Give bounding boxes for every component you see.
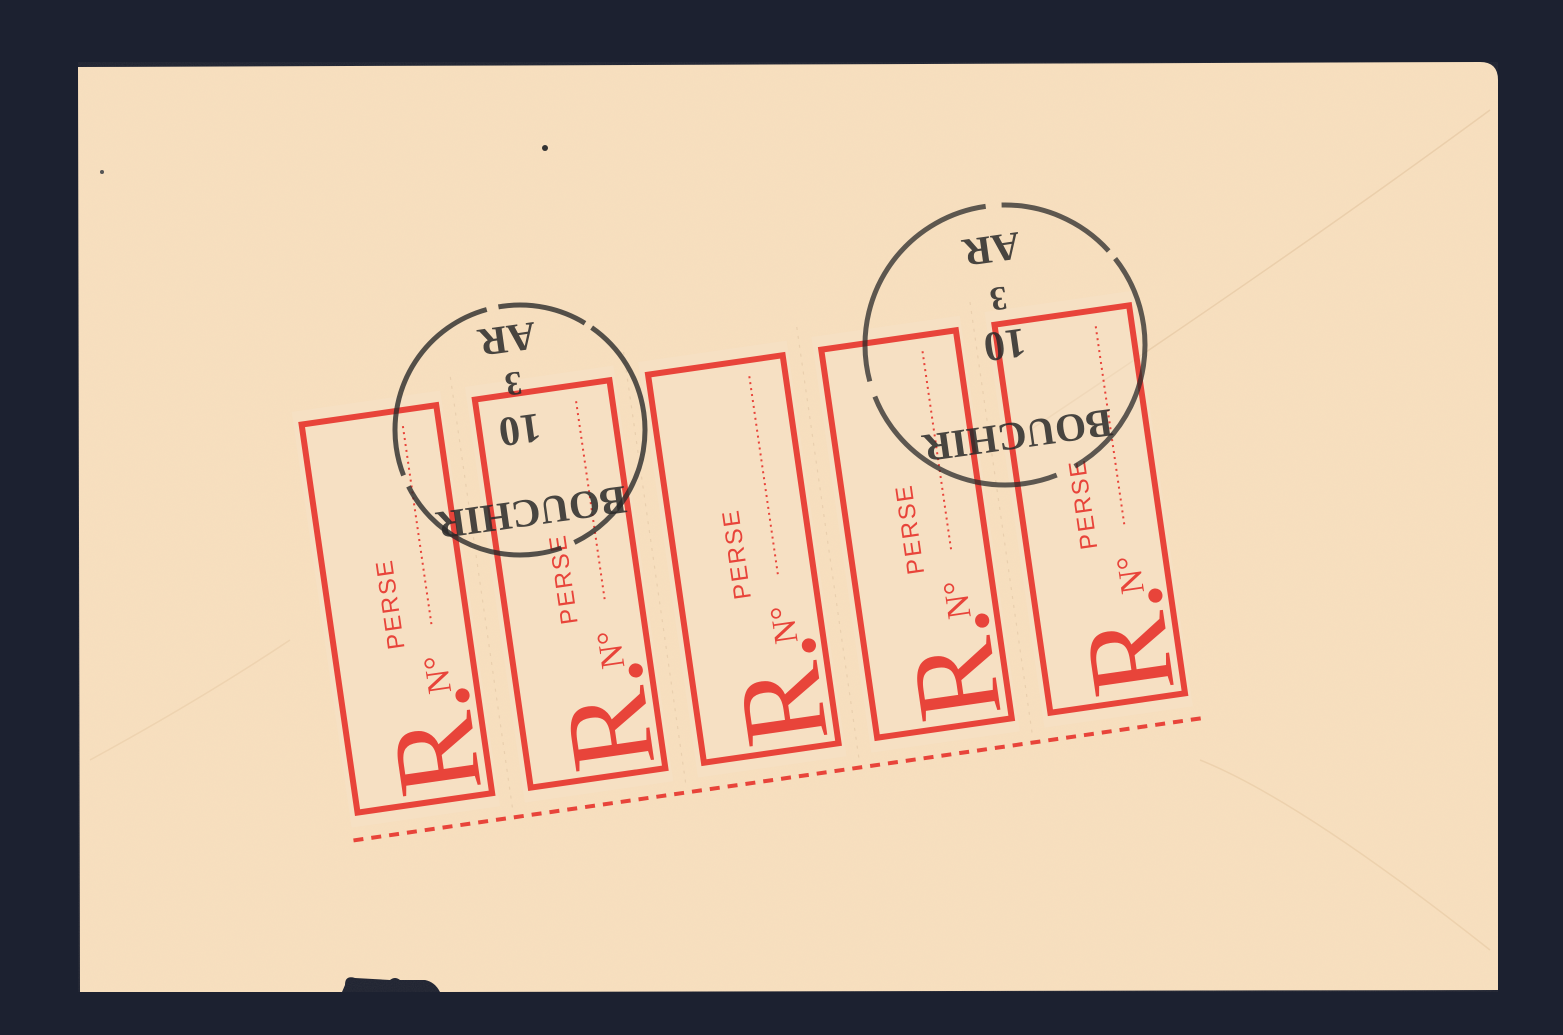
svg-text:AR: AR <box>474 313 539 366</box>
svg-text:10: 10 <box>981 318 1029 369</box>
svg-text:10: 10 <box>496 403 544 454</box>
svg-text:AR: AR <box>959 223 1024 276</box>
svg-text:R.: R. <box>1053 576 1200 704</box>
svg-text:R.: R. <box>533 651 680 779</box>
envelope-scene: PERSE N° R. PERSE N° R. PERSE N° R. PERS… <box>0 0 1563 1035</box>
svg-text:R.: R. <box>360 676 507 804</box>
svg-text:R.: R. <box>706 626 853 754</box>
svg-text:R.: R. <box>879 601 1026 729</box>
